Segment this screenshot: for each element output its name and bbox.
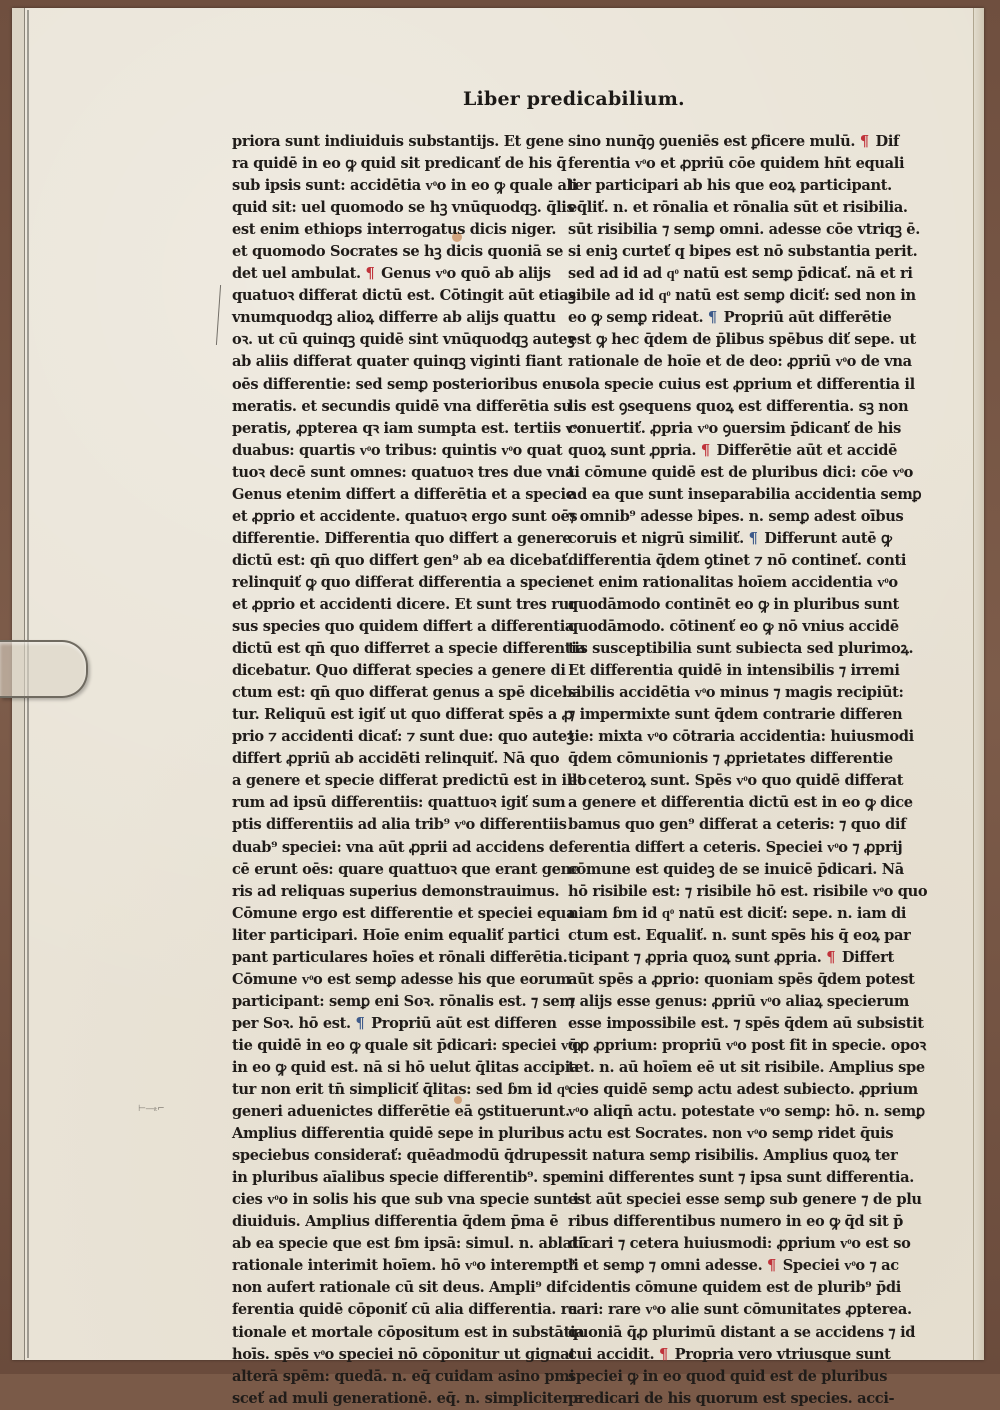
text-line: aūt spēs a ꝓprio: quoniam spēs q̄dem pot… <box>568 969 880 991</box>
text-line: sibilis accidētia vͦo minus ⁊ magis reci… <box>568 682 880 704</box>
text-line: cari: rare vͦo alie sunt cōmunitates ꝓpt… <box>568 1299 880 1321</box>
text-line: priora sunt indiuiduis substantijs. Et g… <box>232 131 542 153</box>
text-line: cies vͦo in solis his que sub vna specie… <box>232 1189 542 1211</box>
text-line: tur non erit tn̄ simpliciť q̄litas: sed … <box>232 1079 542 1101</box>
text-line: non aufert rationale cū sit deus. Ampli⁹… <box>232 1277 542 1299</box>
text-line: quoꝝ sunt ꝓpria. ¶ Differētie aūt et acc… <box>568 440 880 462</box>
text-line: duabus: quartis vͦo tribus: quintis vͦo … <box>232 440 542 462</box>
text-line: hō risibile est: ⁊ risibile hō est. risi… <box>568 881 880 903</box>
text-line: quodāmodo continēt eo ꝙ in pluribus sunt <box>568 594 880 616</box>
text-line: speciebus considerať: quēadmodū q̄drupes <box>232 1145 542 1167</box>
text-line: est aūt speciei esse semꝑ sub genere ⁊ d… <box>568 1189 880 1211</box>
text-line: peratis, ꝓpterea qꝛ iam sumpta est. tert… <box>232 418 542 440</box>
text-line: vͦo aliqn̄ actu. potestate vͦo semꝑ: hō.… <box>568 1101 880 1123</box>
text-line: ad ea que sunt inseparabilia accidentia … <box>568 484 880 506</box>
text-line: quodāmodo. cōtinenť eo ꝙ nō vnius accidē <box>568 616 880 638</box>
text-line: tie: mixta vͦo cōtraria accidentia: huiu… <box>568 726 880 748</box>
text-line: Et differentia quidē in intensibilis ⁊ i… <box>568 660 880 682</box>
text-line: cidentis cōmune quidem est de plurib⁹ p̄… <box>568 1277 880 1299</box>
text-line: generi aduenictes differētie eā ꝯstituer… <box>232 1101 542 1123</box>
text-line: rum ad ipsū differentiis: quattuoꝛ igiť … <box>232 792 542 814</box>
text-line: quatuoꝛ differat dictū est. Cōtingit aūt… <box>232 285 542 307</box>
paragraph-mark-icon: ¶ <box>708 309 717 326</box>
text-line: coruis et nigrū similiť. ¶ Differunt aut… <box>568 528 880 550</box>
right-page-edges <box>973 8 984 1360</box>
text-line: ptis differentiis ad alia trib⁹ vͦo diff… <box>232 814 542 836</box>
text-line: quid sit: uel quomodo se hꝫ vnūquodqꝫ. q… <box>232 197 542 219</box>
text-line: vnumquodqꝫ alioꝝ differre ab alijs quatt… <box>232 307 542 329</box>
text-line: tuoꝛ decē sunt omnes: quatuoꝛ tres due v… <box>232 462 542 484</box>
text-line: sed ad id ad qͦ natū est semꝑ p̄dicať. n… <box>568 263 880 285</box>
text-line: esse impossibile est. ⁊ spēs q̄dem aū su… <box>568 1013 880 1035</box>
text-line: ferentia quidē cōponiť cū alia different… <box>232 1299 542 1321</box>
paragraph-mark-icon: ¶ <box>356 1015 365 1032</box>
text-line: in pluribus aīalibus specie differentib⁹… <box>232 1167 542 1189</box>
text-line: sub ipsis sunt: accidētia vͦo in eo ꝙ qu… <box>232 175 542 197</box>
text-line: si eniꝫ curteť q bipes est nō substantia… <box>568 241 880 263</box>
text-line: oēs differentie: sed semꝑ posterioribus … <box>232 374 542 396</box>
paragraph-mark-icon: ¶ <box>767 1257 776 1274</box>
text-line: est ꝙ hec q̄dem de p̄libus spēbus diť se… <box>568 329 880 351</box>
text-line: bamus quo gen⁹ differat a ceteris: ⁊ quo… <box>568 814 880 836</box>
text-line: ⁊ impermixte sunt q̄dem contrarie differ… <box>568 704 880 726</box>
text-line: Genus etenim differt a differētia et a s… <box>232 484 542 506</box>
text-line: sola specie cuius est ꝓprium et differen… <box>568 374 880 396</box>
text-line: a genere et differentia dictū est in eo … <box>568 792 880 814</box>
text-line: ab aliis differat quater quinqꝫ viginti … <box>232 351 542 373</box>
text-line: niam ɓm id qͦ natū est diciť: sepe. n. i… <box>568 903 880 925</box>
text-line: Cōmune vͦo est semꝑ adesse his que eorum <box>232 969 542 991</box>
text-line: cies quidē semꝑ actu adest subiecto. ꝓpr… <box>568 1079 880 1101</box>
paragraph-mark-icon: ¶ <box>366 265 375 282</box>
text-line: speciei ꝙ in eo quod quid est de pluribu… <box>568 1366 880 1374</box>
text-line: et ceteroꝝ sunt. Spēs vͦo quo quidē diff… <box>568 770 880 792</box>
text-line: rationale de hoīe et de deo: ꝓpriū vͦo d… <box>568 351 880 373</box>
text-line: oꝛ. ut cū quinqꝫ quidē sint vnūquodqꝫ au… <box>232 329 542 351</box>
text-line: tie quidē in eo ꝙ quale sit p̄dicari: sp… <box>232 1035 542 1057</box>
text-line: ticipant ⁊ ꝓpria quoꝝ sunt ꝓpria. ¶ Diff… <box>568 947 880 969</box>
text-line: ⁊ alijs esse genus: ꝓpriū vͦo aliaꝝ spec… <box>568 991 880 1013</box>
text-line: dicari ⁊ cetera huiusmodi: ꝓprium vͦo es… <box>568 1233 880 1255</box>
text-line: cē erunt oēs: quare quattuoꝛ que erant g… <box>232 859 542 881</box>
page-clip <box>0 640 88 698</box>
text-line: quoniā q̄ꝓ plurimū distant a se accidens… <box>568 1322 880 1344</box>
text-line: rationale interimit hoīem. hō vͦo intere… <box>232 1255 542 1277</box>
text-line: ti cōmune quidē est de pluribus dici: cō… <box>568 462 880 484</box>
text-line: diuiduis. Amplius differentia q̄dem p̄ma… <box>232 1211 542 1233</box>
text-line: tionale et mortale cōpositum est in subs… <box>232 1322 542 1344</box>
text-line: est enim ethiops interrogatus dicis nige… <box>232 219 542 241</box>
text-line: et ꝓprio et accidente. quatuoꝛ ergo sunt… <box>232 506 542 528</box>
text-line: per Soꝛ. hō est. ¶ Propriū aūt est diffe… <box>232 1013 542 1035</box>
text-line: participant: semꝑ eni Soꝛ. rōnalis est. … <box>232 991 542 1013</box>
text-line: hoīs. spēs vͦo speciei nō cōponitur ut g… <box>232 1344 542 1366</box>
text-line: cui accidit. ¶ Propria vero vtriusque su… <box>568 1344 880 1366</box>
text-line: meratis. et secundis quidē vna differēti… <box>232 396 542 418</box>
text-line: dictū est qn̄ quo differret a specie dif… <box>232 638 542 660</box>
text-line: differentie. Differentia quo differt a g… <box>232 528 542 550</box>
text-column-left: priora sunt indiuiduis substantijs. Et g… <box>232 131 542 1374</box>
paragraph-mark-icon: ¶ <box>659 1346 668 1363</box>
text-line: ab ea specie que est ɓm ipsā: simul. n. … <box>232 1233 542 1255</box>
text-line: ribus differentibus numero in eo ꝙ q̄d s… <box>568 1211 880 1233</box>
text-line: Cōmune ergo est differentie et speciei e… <box>232 903 542 925</box>
text-line: eo ꝙ semꝑ rideat. ¶ Propriū aūt differēt… <box>568 307 880 329</box>
text-line: sūt risibilia ⁊ semꝑ omni. adesse cōe vt… <box>568 219 880 241</box>
text-line: eq̄liť. n. et rōnalia et rōnalia sūt et … <box>568 197 880 219</box>
text-line: ctum est: qn̄ quo differat genus a spē d… <box>232 682 542 704</box>
text-line: ter participari ab his que eoꝝ participa… <box>568 175 880 197</box>
paragraph-mark-icon: ¶ <box>749 530 758 547</box>
text-line: et quomodo Socrates se hꝫ dicis quoniā s… <box>232 241 542 263</box>
text-line: tis susceptibilia sunt subiecta sed plur… <box>568 638 880 660</box>
text-line: relinquiť ꝙ quo differat differentia a s… <box>232 572 542 594</box>
text-line: differt ꝓpriū ab accidēti relinquiť. Nā … <box>232 748 542 770</box>
text-line: pant particulares hoīes et rōnali differ… <box>232 947 542 969</box>
text-line: sino nunq̄ꝯ ꝯueniēs est ꝑficere mulū. ¶ … <box>568 131 880 153</box>
text-column-right: sino nunq̄ꝯ ꝯueniēs est ꝑficere mulū. ¶ … <box>568 131 880 1374</box>
text-line: ra quidē in eo ꝙ quid sit predicanť de h… <box>232 153 542 175</box>
text-line: ⁊ omnib⁹ adesse bipes. n. semꝑ adest oīb… <box>568 506 880 528</box>
text-line: cōmune est quideꝫ de se inuicē p̄dicari.… <box>568 859 880 881</box>
text-line: net enim rationalitas hoīem accidentia v… <box>568 572 880 594</box>
running-head: Liber predicabilium. <box>463 88 685 110</box>
text-line: ctum est. Equaliť. n. sunt spēs his q̄ e… <box>568 925 880 947</box>
paragraph-mark-icon: ¶ <box>826 949 835 966</box>
paragraph-mark-icon: ¶ <box>701 442 710 459</box>
text-line: duab⁹ speciei: vna aūt ꝓprii ad accidens… <box>232 837 542 859</box>
text-line: tur. Reliquū est igiť ut quo differat sp… <box>232 704 542 726</box>
text-line: ferentia differt a ceteris. Speciei vͦo … <box>568 837 880 859</box>
text-line: tet. n. aū hoīem eē ut sit risibile. Amp… <box>568 1057 880 1079</box>
paragraph-mark-icon: ¶ <box>860 133 869 150</box>
text-line: sibile ad id qͦ natū est semꝑ diciť: sed… <box>568 285 880 307</box>
text-line: dictū est: qn̄ quo differt gen⁹ ab ea di… <box>232 550 542 572</box>
text-line: in eo ꝙ quid est. nā si hō uelut q̄litas… <box>232 1057 542 1079</box>
text-line: q̄dem cōmunionis ⁊ ꝓprietates differenti… <box>568 748 880 770</box>
text-line: lis est ꝯsequens quoꝝ est differentia. s… <box>568 396 880 418</box>
text-line: alterā spēm: quedā. n. eq̄ cuidam asino … <box>232 1366 542 1374</box>
text-line: liter participari. Hoīe enim equaliť par… <box>232 925 542 947</box>
text-line: ris ad reliquas superius demonstrauimus. <box>232 881 542 903</box>
text-line: actu est Socrates. non vͦo semꝑ ridet q̄… <box>568 1123 880 1145</box>
text-line: et ꝓprio et accidenti dicere. Et sunt tr… <box>232 594 542 616</box>
text-line: sus species quo quidem differt a differe… <box>232 616 542 638</box>
text-line: Amplius differentia quidē sepe in plurib… <box>232 1123 542 1145</box>
text-line: q̄ꝓ ꝓprium: propriū vͦo post fit in spec… <box>568 1035 880 1057</box>
text-line: conuertiť. ꝓpria vͦo ꝯuersim p̄dicanť de… <box>568 418 880 440</box>
text-line: det uel ambulat. ¶ Genus vͦo quō ab alij… <box>232 263 542 285</box>
text-line: differentia q̄dem ꝯtinet ⁊ nō contineť. … <box>568 550 880 572</box>
text-line: sit natura semꝑ risibilis. Amplius quoꝝ … <box>568 1145 880 1167</box>
marginal-note: ⊢—ᵢₜ⌐ <box>138 1104 164 1114</box>
text-line: mini differentes sunt ⁊ ipsa sunt differ… <box>568 1167 880 1189</box>
text-line: li et semꝑ ⁊ omni adesse. ¶ Speciei vͦo … <box>568 1255 880 1277</box>
text-line: ferentia vͦo et ꝓpriū cōe quidem hn̄t eq… <box>568 153 880 175</box>
text-line: prio ⁊ accidenti dicať: ⁊ sunt due: quo … <box>232 726 542 748</box>
text-line: dicebatur. Quo differat species a genere… <box>232 660 542 682</box>
text-line: a genere et specie differat predictū est… <box>232 770 542 792</box>
